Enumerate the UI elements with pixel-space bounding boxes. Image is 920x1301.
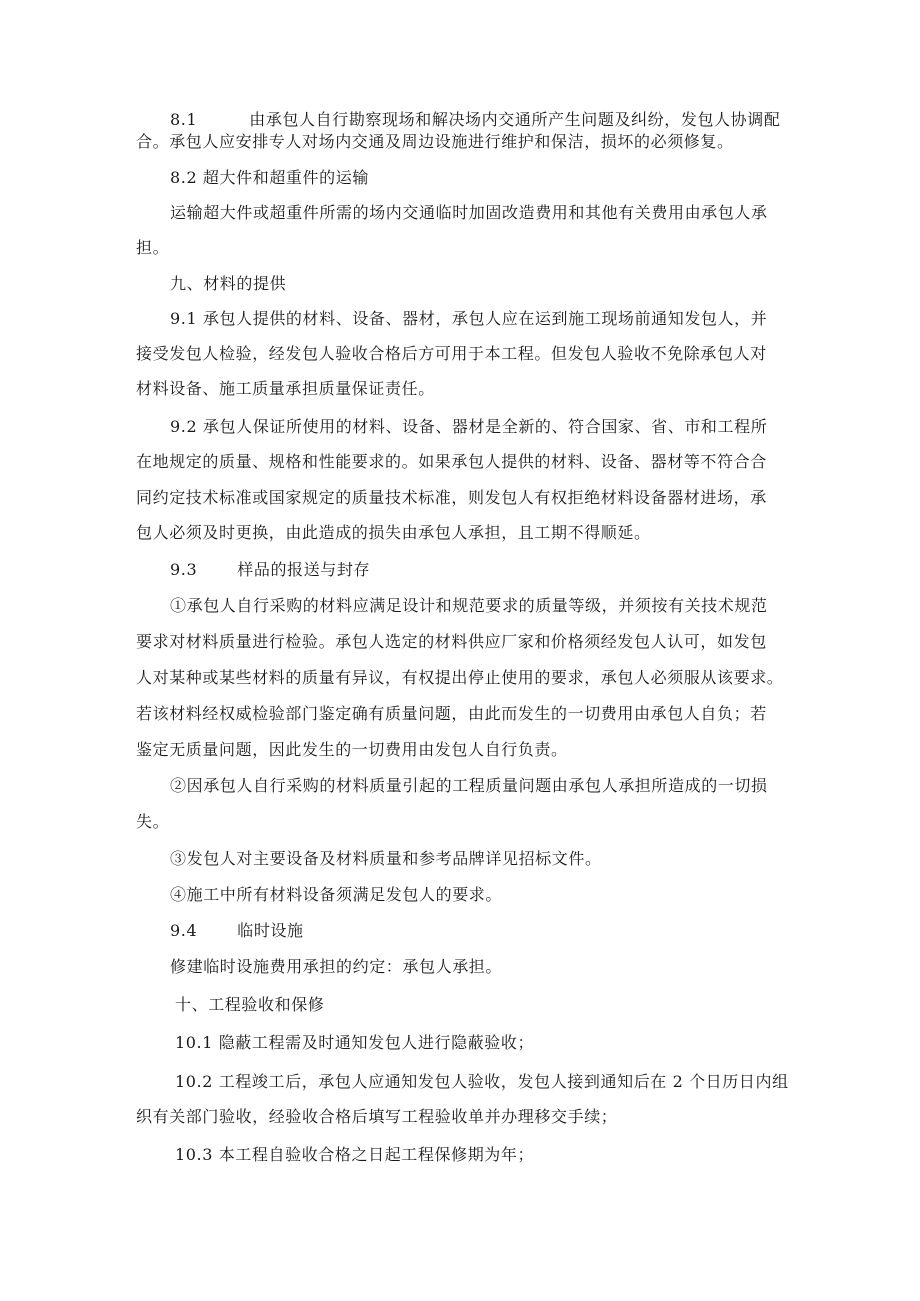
clause-number: 9.3 [170, 560, 197, 579]
clause-9-1-line-3: 材料设备、施工质量承担质量保证责任。 [136, 378, 435, 400]
section-10-heading: 十、工程验收和保修 [175, 994, 324, 1016]
clause-10-2-line-2: 织有关部门验收，经验收合格后填写工程验收单并办理移交手续； [136, 1106, 617, 1128]
clause-8-2-heading: 8.2 超大件和超重件的运输 [170, 167, 369, 189]
section-9-heading: 九、材料的提供 [170, 273, 286, 295]
item-2-line-2: 失。 [136, 811, 169, 833]
item-1-line-5: 鉴定无质量问题，因此发生的一切费用由发包人自行负责。 [136, 739, 568, 761]
item-1-line-2: 要求对材料质量进行检验。承包人选定的材料供应厂家和价格须经发包人认可，如发包 [136, 631, 767, 653]
clause-number: 9.4 [170, 921, 197, 940]
clause-8-1-line-1: 8.1由承包人自行勘察现场和解决场内交通所产生问题及纠纷，发包人协调配 [170, 109, 780, 131]
clause-8-2-line-1: 运输超大件或超重件所需的场内交通临时加固改造费用和其他有关费用由承包人承 [170, 202, 768, 224]
clause-10-3: 10.3 本工程自验收合格之日起工程保修期为年； [175, 1144, 534, 1166]
item-1-line-4: 若该材料经权威检验部门鉴定确有质量问题，由此而发生的一切费用由承包人自负；若 [136, 703, 767, 725]
clause-9-4-heading: 9.4临时设施 [170, 920, 304, 942]
item-3: ③发包人对主要设备及材料质量和参考品牌详见招标文件。 [170, 848, 602, 870]
item-1-line-3: 人对某种或某些材料的质量有异议，有权提出停止使用的要求，承包人必须服从该要求。 [136, 667, 783, 689]
clause-title: 样品的报送与封存 [237, 560, 370, 579]
clause-9-1-line-1: 9.1 承包人提供的材料、设备、器材，承包人应在运到施工现场前通知发包人，并 [170, 308, 767, 330]
clause-text: 由承包人自行勘察现场和解决场内交通所产生问题及纠纷，发包人协调配 [249, 110, 780, 129]
clause-9-2-line-2: 在地规定的质量、规格和性能要求的。如果承包人提供的材料、设备、器材等不符合合 [136, 451, 767, 473]
clause-number: 8.1 [170, 110, 197, 129]
clause-10-1: 10.1 隐蔽工程需及时通知发包人进行隐蔽验收； [175, 1032, 534, 1054]
clause-9-3-heading: 9.3样品的报送与封存 [170, 559, 370, 581]
item-1-line-1: ①承包人自行采购的材料应满足设计和规范要求的质量等级，并须按有关技术规范 [170, 595, 768, 617]
clause-8-1-line-2: 合。承包人应安排专人对场内交通及周边设施进行维护和保洁，损坏的必须修复。 [136, 131, 734, 153]
clause-title: 临时设施 [237, 921, 303, 940]
document-page: 8.1由承包人自行勘察现场和解决场内交通所产生问题及纠纷，发包人协调配 合。承包… [0, 0, 920, 1301]
clause-8-2-line-2: 担。 [136, 237, 169, 259]
item-2-line-1: ②因承包人自行采购的材料质量引起的工程质量问题由承包人承担所造成的一切损 [170, 775, 768, 797]
item-4: ④施工中所有材料设备须满足发包人的要求。 [170, 884, 502, 906]
clause-9-4-body: 修建临时设施费用承担的约定：承包人承担。 [170, 956, 502, 978]
clause-9-2-line-1: 9.2 承包人保证所使用的材料、设备、器材是全新的、符合国家、省、市和工程所 [170, 416, 767, 438]
clause-9-2-line-3: 同约定技术标准或国家规定的质量技术标准，则发包人有权拒绝材料设备器材进场，承 [136, 487, 767, 509]
clause-9-1-line-2: 接受发包人检验，经发包人验收合格后方可用于本工程。但发包人验收不免除承包人对 [136, 343, 767, 365]
clause-10-2-line-1: 10.2 工程竣工后，承包人应通知发包人验收，发包人接到通知后在 2 个日历日内… [175, 1071, 789, 1093]
clause-9-2-line-4: 包人必须及时更换，由此造成的损失由承包人承担，且工期不得顺延。 [136, 522, 651, 544]
